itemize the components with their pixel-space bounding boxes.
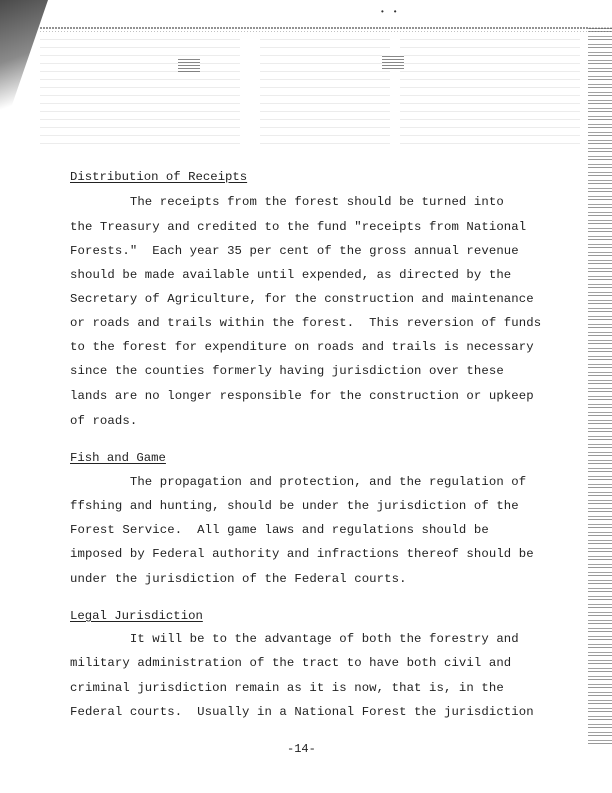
paragraph-line: Forests." Each year 35 per cent of the g…	[70, 244, 519, 258]
paragraph-line: under the jurisdiction of the Federal co…	[70, 572, 407, 586]
page-number: -14-	[287, 742, 316, 756]
paragraph-line: imposed by Federal authority and infract…	[70, 547, 534, 561]
bleed-through-rule-secondary	[40, 31, 612, 32]
paragraph-line: military administration of the tract to …	[70, 656, 511, 670]
paragraph-line: Forest Service. All game laws and regula…	[70, 523, 489, 537]
section-heading-fish-and-game: Fish and Game	[70, 451, 166, 465]
paragraph-line: The receipts from the forest should be t…	[70, 195, 504, 209]
paragraph-line: the Treasury and credited to the fund "r…	[70, 220, 526, 234]
paragraph-line: The propagation and protection, and the …	[70, 475, 526, 489]
paragraph-line: Secretary of Agriculture, for the constr…	[70, 292, 534, 306]
bleed-through-column-3	[400, 34, 580, 144]
paragraph-line: should be made available until expended,…	[70, 268, 511, 282]
bleed-through-column-1	[40, 34, 240, 144]
paragraph-line: lands are no longer responsible for the …	[70, 389, 534, 403]
paragraph-line: It will be to the advantage of both the …	[70, 632, 519, 646]
paragraph-line: Federal courts. Usually in a National Fo…	[70, 705, 534, 719]
bleed-through-mark	[382, 55, 404, 69]
scan-edge-margin	[588, 24, 612, 744]
paragraph-line: since the counties formerly having juris…	[70, 364, 504, 378]
paragraph-line: or roads and trails within the forest. T…	[70, 316, 541, 330]
bleed-through-mark	[178, 58, 200, 72]
section-heading-distribution-of-receipts: Distribution of Receipts	[70, 170, 247, 184]
bleed-through-column-2	[260, 34, 390, 144]
paragraph-line: ffshing and hunting, should be under the…	[70, 499, 519, 513]
scan-specks: ••	[380, 8, 406, 17]
paragraph-line: to the forest for expenditure on roads a…	[70, 340, 534, 354]
section-heading-legal-jurisdiction: Legal Jurisdiction	[70, 609, 203, 623]
bleed-through-rule	[40, 27, 612, 29]
paragraph-line: of roads.	[70, 414, 137, 428]
paragraph-line: criminal jurisdiction remain as it is no…	[70, 681, 504, 695]
